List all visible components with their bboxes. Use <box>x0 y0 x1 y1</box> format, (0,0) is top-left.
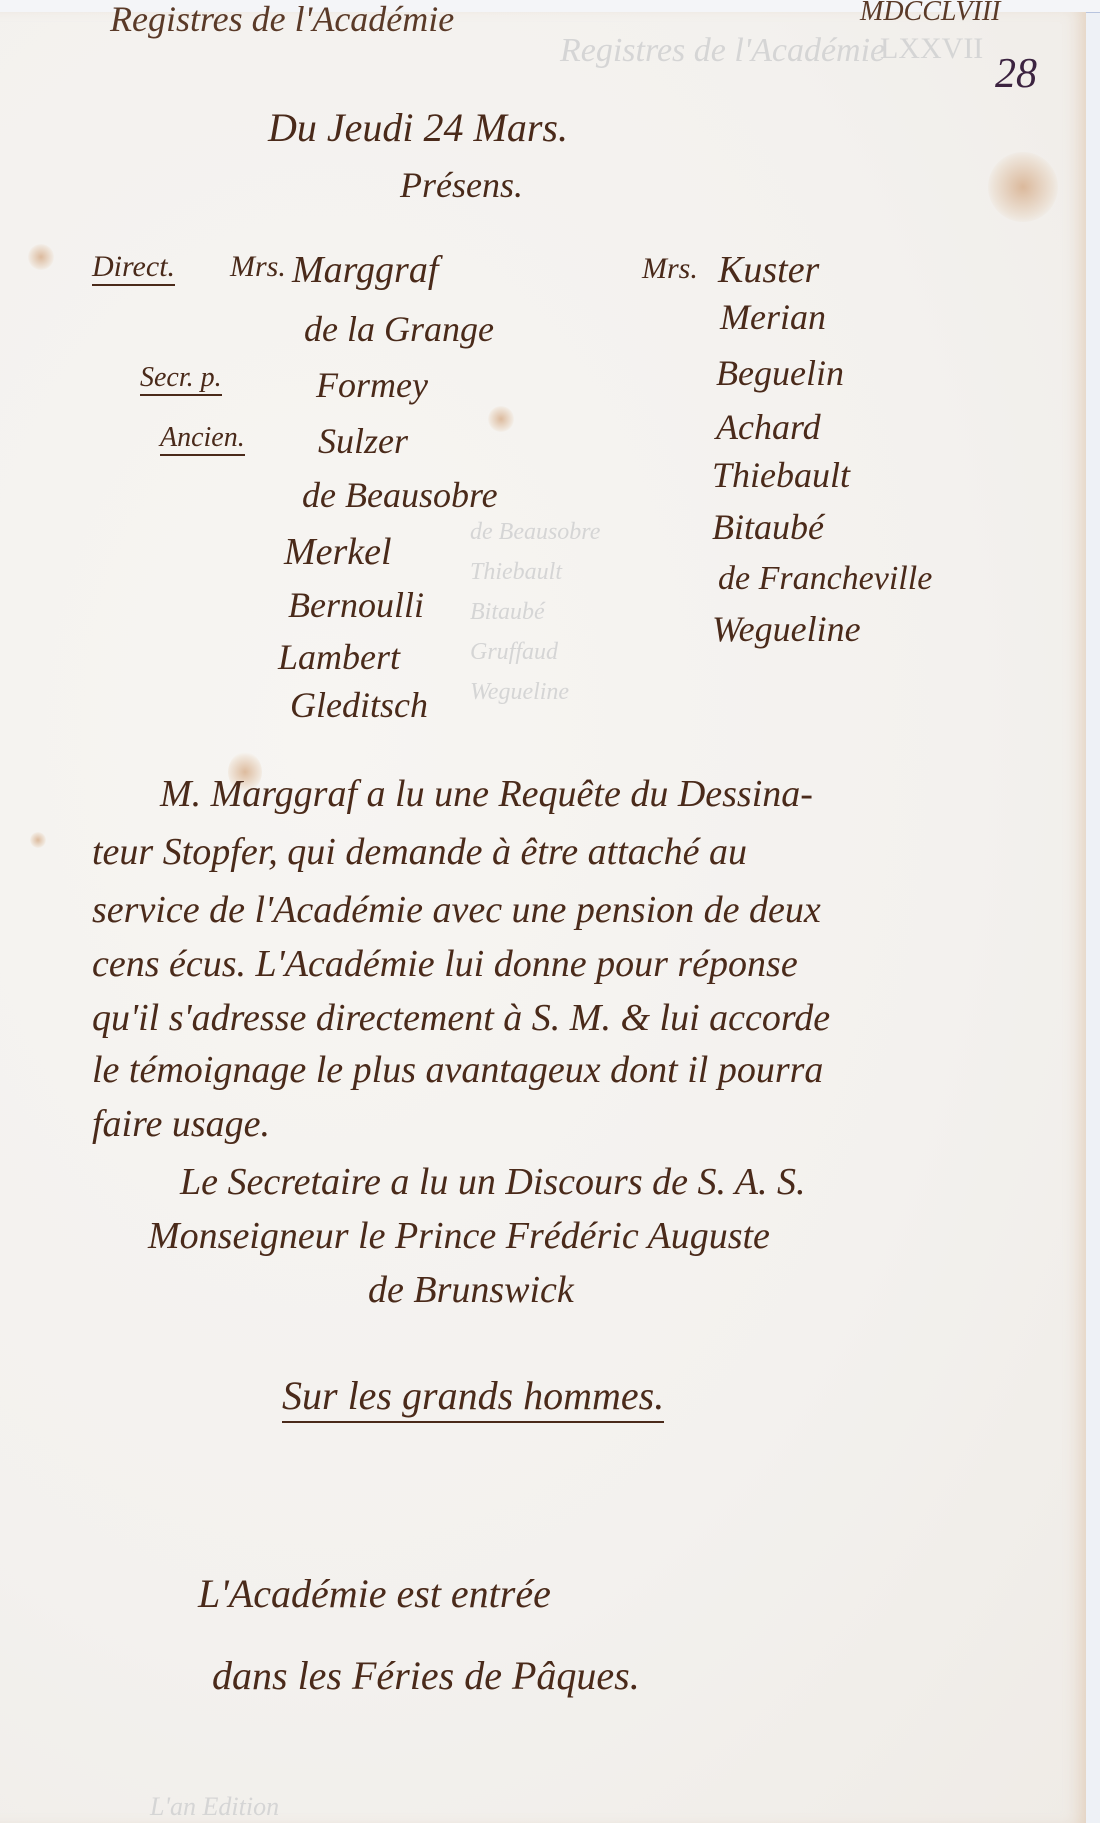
bleed-through-text: LXXVII <box>880 32 983 66</box>
attendee: de la Grange <box>304 308 494 350</box>
attendee: Beguelin <box>716 352 844 394</box>
text-line: dans les Féries de Pâques. <box>212 1652 640 1699</box>
foxing-stain <box>30 832 46 848</box>
text-line: le témoignage le plus avantageux dont il… <box>92 1048 823 1092</box>
page-number: 28 <box>995 50 1037 98</box>
text-line: Le Secretaire a lu un Discours de S. A. … <box>180 1160 806 1204</box>
attendee: Wegueline <box>712 608 861 650</box>
role-director: Direct. <box>92 250 175 286</box>
attendee: de Francheville <box>718 560 932 598</box>
manuscript-page: Registres de l'Académie LXXVII de Beauso… <box>0 12 1086 1823</box>
text-line: M. Marggraf a lu une Requête du Dessina- <box>160 772 813 816</box>
discourse-title: Sur les grands hommes. <box>282 1372 664 1423</box>
attendee: Bitaubé <box>712 506 824 548</box>
attendee: Merian <box>720 296 826 338</box>
entry-date: Du Jeudi 24 Mars. <box>268 104 568 151</box>
attendee: Gleditsch <box>290 684 428 726</box>
role-ancien: Ancien. <box>160 422 245 456</box>
text-line: teur Stopfer, qui demande à être attaché… <box>92 830 747 874</box>
attendee: Formey <box>316 364 428 406</box>
text-line: qu'il s'adresse directement à S. M. & lu… <box>92 996 830 1040</box>
foxing-stain <box>28 244 54 270</box>
attendee: Lambert <box>278 636 400 678</box>
attendee: Kuster <box>718 248 819 292</box>
role-secretary: Secr. p. <box>140 362 222 396</box>
attendee: Achard <box>716 406 821 448</box>
attendee: Thiebault <box>712 454 850 496</box>
mrs-prefix-left: Mrs. <box>230 250 286 284</box>
text-line: Monseigneur le Prince Frédéric Auguste <box>148 1214 770 1258</box>
attendee: Merkel <box>284 530 392 574</box>
mrs-prefix-right: Mrs. <box>642 252 698 286</box>
bleed-through-text: Registres de l'Académie <box>560 32 885 70</box>
present-label: Présens. <box>400 164 523 206</box>
foxing-stain <box>488 406 514 432</box>
bleed-through-text: L'an Edition <box>150 1792 279 1822</box>
text-line: faire usage. <box>92 1102 270 1146</box>
top-right-annotation: MDCCLVIII <box>860 0 1001 28</box>
attendee: Marggraf <box>292 248 438 292</box>
bleed-through-text: de BeausobreThiebaultBitaubéGruffaudWegu… <box>470 512 600 712</box>
attendee: de Beausobre <box>302 474 498 516</box>
text-line: cens écus. L'Académie lui donne pour rép… <box>92 942 798 986</box>
running-title: Registres de l'Académie <box>110 0 454 40</box>
foxing-stain <box>988 152 1058 222</box>
text-line: L'Académie est entrée <box>198 1570 551 1617</box>
attendee: Sulzer <box>318 420 408 462</box>
attendee: Bernoulli <box>288 584 424 626</box>
text-line: de Brunswick <box>368 1268 574 1312</box>
text-line: service de l'Académie avec une pension d… <box>92 888 821 932</box>
